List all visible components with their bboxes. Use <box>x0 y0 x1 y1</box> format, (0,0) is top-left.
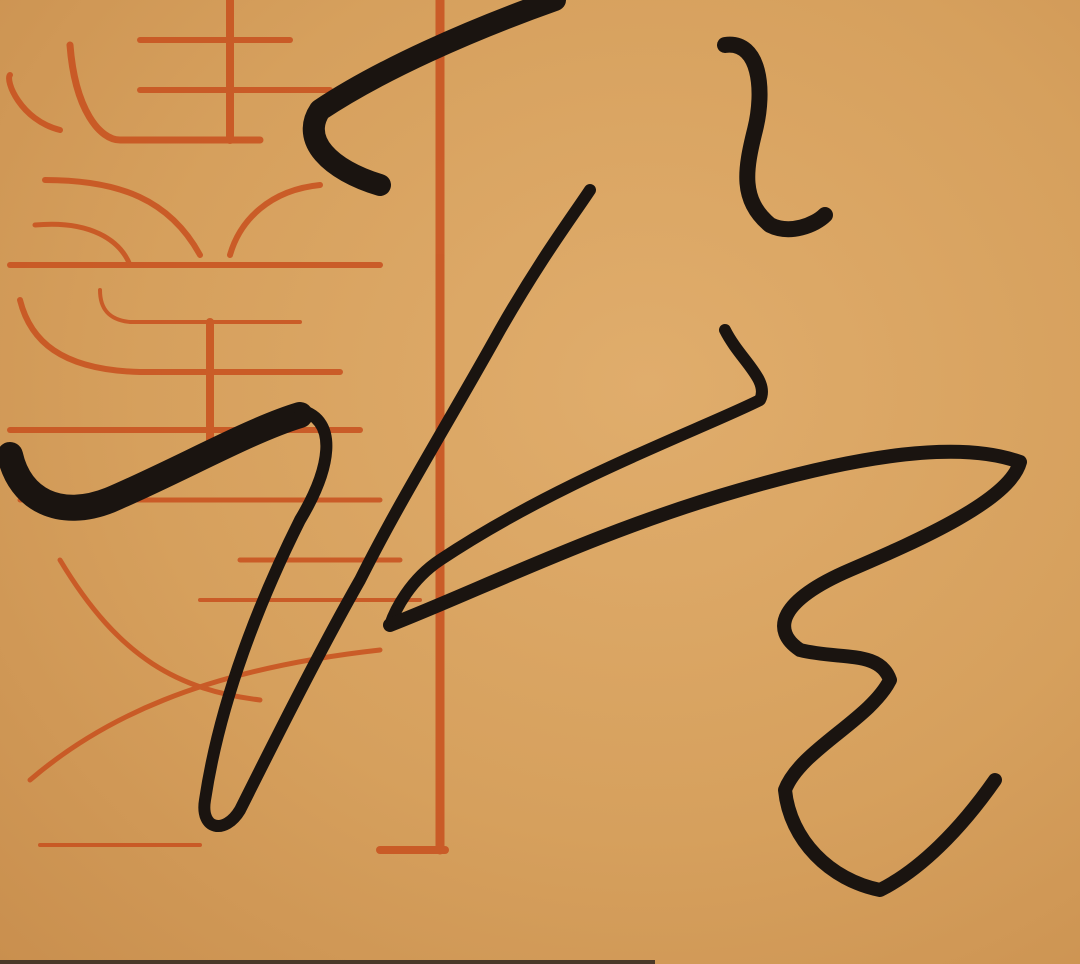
calligraphy-photo <box>0 0 1080 964</box>
bottom-edge-strip <box>0 960 655 964</box>
ink-calligraphy <box>0 0 1080 964</box>
